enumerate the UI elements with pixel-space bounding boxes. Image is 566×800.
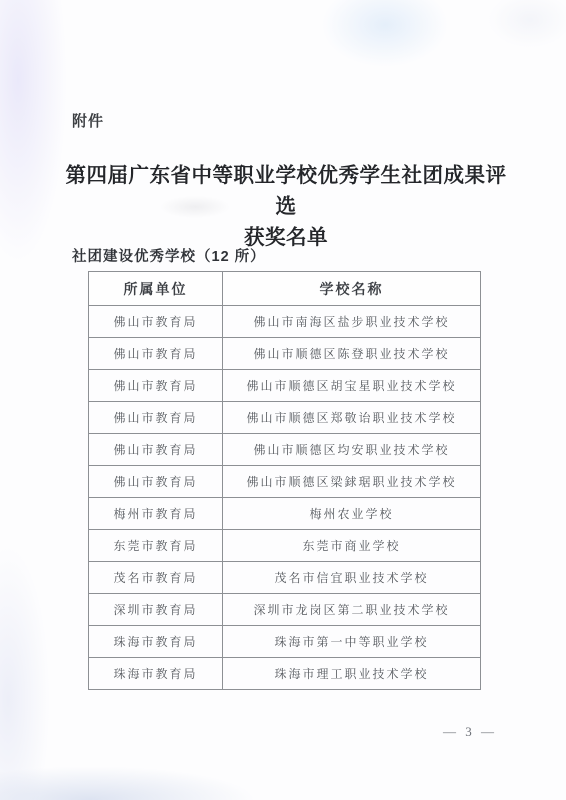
school-cell: 东莞市商业学校 xyxy=(223,530,481,562)
table-row: 东莞市教育局 东莞市商业学校 xyxy=(89,530,481,562)
unit-cell: 佛山市教育局 xyxy=(89,338,223,370)
unit-cell: 佛山市教育局 xyxy=(89,466,223,498)
school-cell: 佛山市顺德区均安职业技术学校 xyxy=(223,434,481,466)
unit-cell: 深圳市教育局 xyxy=(89,594,223,626)
school-cell: 梅州农业学校 xyxy=(223,498,481,530)
page-number: — 3 — xyxy=(420,724,520,740)
school-cell: 佛山市顺德区陈登职业技术学校 xyxy=(223,338,481,370)
unit-cell: 珠海市教育局 xyxy=(89,626,223,658)
unit-cell: 佛山市教育局 xyxy=(89,434,223,466)
table-row: 佛山市教育局 佛山市顺德区陈登职业技术学校 xyxy=(89,338,481,370)
table-header-school: 学校名称 xyxy=(223,272,481,306)
school-cell: 佛山市顺德区郑敬诒职业技术学校 xyxy=(223,402,481,434)
awards-table: 所属单位 学校名称 佛山市教育局 佛山市南海区盐步职业技术学校 佛山市教育局 佛… xyxy=(88,271,481,690)
table-row: 珠海市教育局 珠海市第一中等职业学校 xyxy=(89,626,481,658)
school-cell: 佛山市顺德区胡宝星职业技术学校 xyxy=(223,370,481,402)
school-cell: 珠海市理工职业技术学校 xyxy=(223,658,481,690)
document-title-line1: 第四届广东省中等职业学校优秀学生社团成果评选 xyxy=(56,161,516,223)
document-title: 第四届广东省中等职业学校优秀学生社团成果评选 获奖名单 xyxy=(56,161,516,254)
school-cell: 佛山市南海区盐步职业技术学校 xyxy=(223,306,481,338)
table-row: 深圳市教育局 深圳市龙岗区第二职业技术学校 xyxy=(89,594,481,626)
table-row: 佛山市教育局 佛山市顺德区均安职业技术学校 xyxy=(89,434,481,466)
section-heading: 社团建设优秀学校（12 所） xyxy=(72,245,266,266)
school-cell: 佛山市顺德区梁銶琚职业技术学校 xyxy=(223,466,481,498)
table-row: 珠海市教育局 珠海市理工职业技术学校 xyxy=(89,658,481,690)
unit-cell: 梅州市教育局 xyxy=(89,498,223,530)
table-header-row: 所属单位 学校名称 xyxy=(89,272,481,306)
school-cell: 深圳市龙岗区第二职业技术学校 xyxy=(223,594,481,626)
unit-cell: 佛山市教育局 xyxy=(89,402,223,434)
unit-cell: 茂名市教育局 xyxy=(89,562,223,594)
unit-cell: 佛山市教育局 xyxy=(89,306,223,338)
table-header-unit: 所属单位 xyxy=(89,272,223,306)
table-row: 佛山市教育局 佛山市顺德区胡宝星职业技术学校 xyxy=(89,370,481,402)
unit-cell: 东莞市教育局 xyxy=(89,530,223,562)
table-row: 佛山市教育局 佛山市顺德区梁銶琚职业技术学校 xyxy=(89,466,481,498)
table-row: 茂名市教育局 茂名市信宜职业技术学校 xyxy=(89,562,481,594)
table-row: 佛山市教育局 佛山市顺德区郑敬诒职业技术学校 xyxy=(89,402,481,434)
unit-cell: 佛山市教育局 xyxy=(89,370,223,402)
table-row: 梅州市教育局 梅州农业学校 xyxy=(89,498,481,530)
school-cell: 珠海市第一中等职业学校 xyxy=(223,626,481,658)
table-row: 佛山市教育局 佛山市南海区盐步职业技术学校 xyxy=(89,306,481,338)
school-cell: 茂名市信宜职业技术学校 xyxy=(223,562,481,594)
unit-cell: 珠海市教育局 xyxy=(89,658,223,690)
attachment-label: 附件 xyxy=(72,110,104,131)
